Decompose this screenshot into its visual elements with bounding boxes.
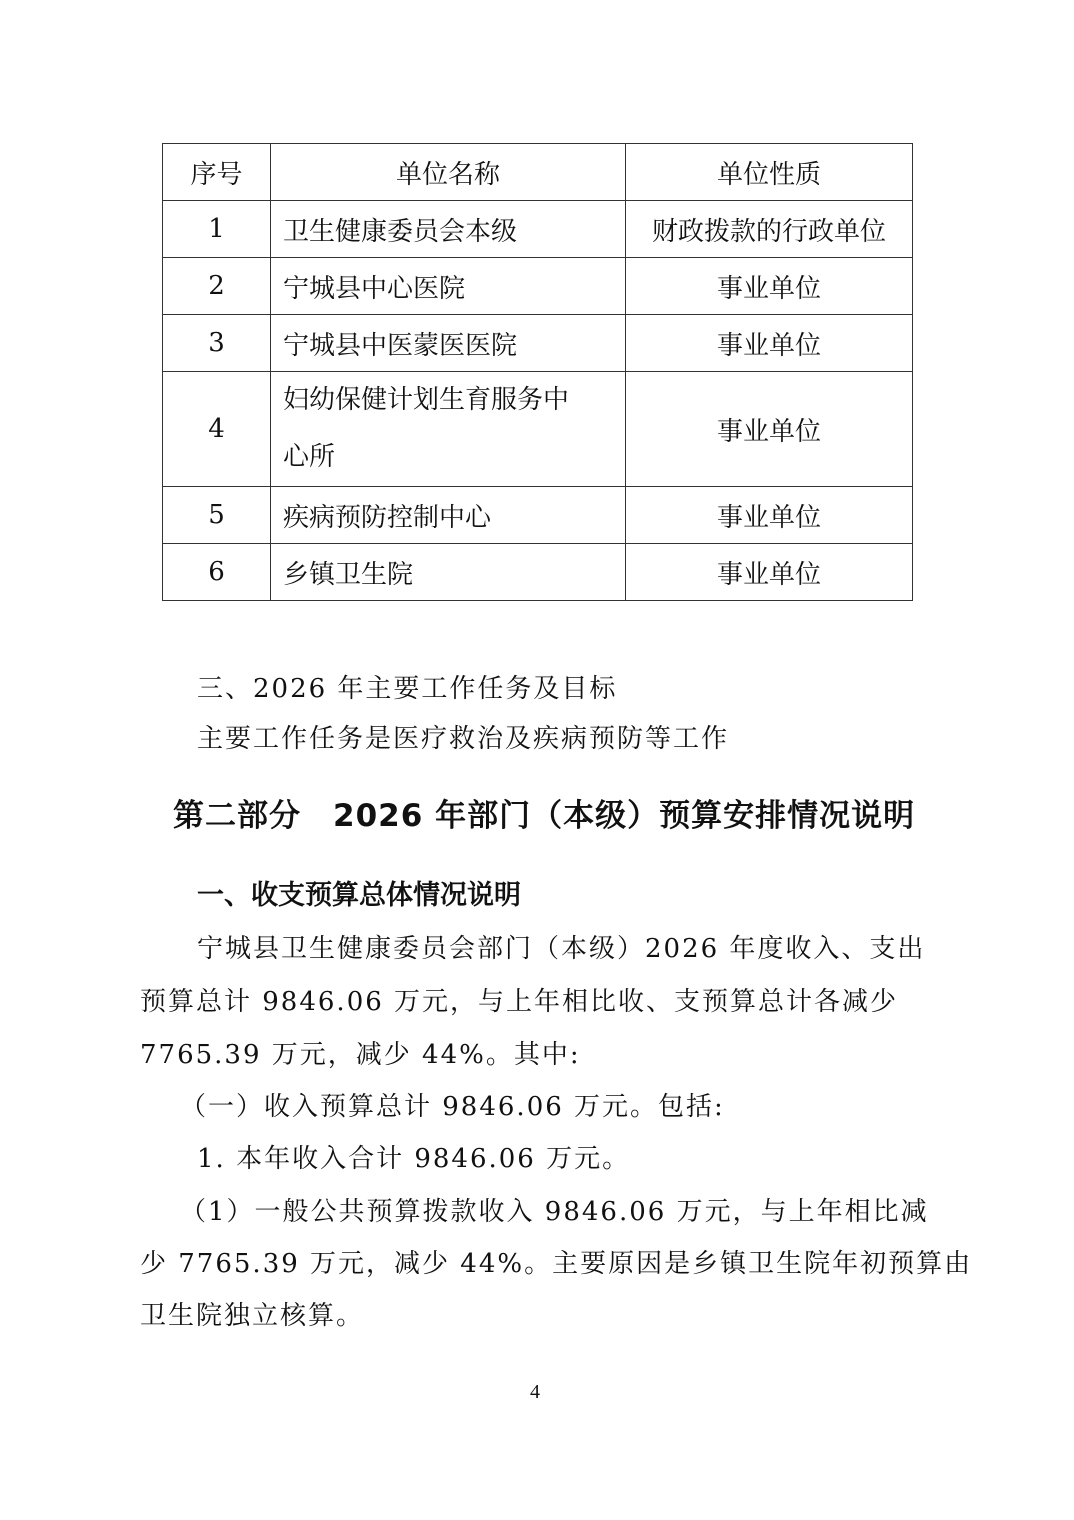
- cell-unit-type: 事业单位: [626, 544, 913, 601]
- table-row: 4 妇幼保健计划生育服务中 心所 事业单位: [163, 372, 913, 487]
- cell-unit-name: 卫生健康委员会本级: [271, 201, 626, 258]
- header-unit-name: 单位名称: [271, 144, 626, 201]
- sub1-line3: 卫生院独立核算。: [140, 1295, 364, 1332]
- income-total: （一）收入预算总计 9846.06 万元。包括:: [180, 1086, 725, 1123]
- table-row: 5 疾病预防控制中心 事业单位: [163, 487, 913, 544]
- cell-unit-name: 妇幼保健计划生育服务中 心所: [271, 372, 626, 487]
- cell-index: 4: [163, 372, 271, 487]
- cell-index: 2: [163, 258, 271, 315]
- cell-unit-name: 宁城县中心医院: [271, 258, 626, 315]
- cell-unit-name: 宁城县中医蒙医医院: [271, 315, 626, 372]
- page-number: 4: [530, 1381, 540, 1404]
- table-row: 1 卫生健康委员会本级 财政拨款的行政单位: [163, 201, 913, 258]
- part2-heading: 第二部分 2026 年部门（本级）预算安排情况说明: [173, 790, 915, 835]
- cell-index: 5: [163, 487, 271, 544]
- para1-line3: 7765.39 万元，减少 44%。其中:: [140, 1034, 581, 1071]
- cell-unit-name-line2: 心所: [283, 429, 625, 486]
- sub1-line1: （1）一般公共预算拨款收入 9846.06 万元，与上年相比减: [180, 1191, 929, 1228]
- para1-line1: 宁城县卫生健康委员会部门（本级）2026 年度收入、支出: [197, 928, 925, 965]
- cell-unit-type: 事业单位: [626, 487, 913, 544]
- cell-unit-type: 财政拨款的行政单位: [626, 201, 913, 258]
- table-row: 6 乡镇卫生院 事业单位: [163, 544, 913, 601]
- cell-unit-name-line1: 妇幼保健计划生育服务中: [283, 372, 625, 429]
- section1-heading: 一、收支预算总体情况说明: [197, 873, 521, 912]
- section3-title: 三、2026 年主要工作任务及目标: [197, 668, 617, 705]
- table-row: 2 宁城县中心医院 事业单位: [163, 258, 913, 315]
- cell-index: 1: [163, 201, 271, 258]
- cell-unit-name: 疾病预防控制中心: [271, 487, 626, 544]
- item1-income: 1. 本年收入合计 9846.06 万元。: [197, 1138, 630, 1175]
- cell-index: 3: [163, 315, 271, 372]
- table-header-row: 序号 单位名称 单位性质: [163, 144, 913, 201]
- cell-index: 6: [163, 544, 271, 601]
- units-table: 序号 单位名称 单位性质 1 卫生健康委员会本级 财政拨款的行政单位 2 宁城县…: [162, 143, 913, 601]
- sub1-line2: 少 7765.39 万元，减少 44%。主要原因是乡镇卫生院年初预算由: [140, 1243, 972, 1280]
- cell-unit-name: 乡镇卫生院: [271, 544, 626, 601]
- cell-unit-type: 事业单位: [626, 372, 913, 487]
- cell-unit-type: 事业单位: [626, 258, 913, 315]
- section3-body: 主要工作任务是医疗救治及疾病预防等工作: [197, 718, 729, 755]
- header-unit-type: 单位性质: [626, 144, 913, 201]
- document-page: 序号 单位名称 单位性质 1 卫生健康委员会本级 财政拨款的行政单位 2 宁城县…: [0, 0, 1074, 1520]
- table-row: 3 宁城县中医蒙医医院 事业单位: [163, 315, 913, 372]
- header-index: 序号: [163, 144, 271, 201]
- para1-line2: 预算总计 9846.06 万元，与上年相比收、支预算总计各减少: [140, 981, 898, 1018]
- cell-unit-type: 事业单位: [626, 315, 913, 372]
